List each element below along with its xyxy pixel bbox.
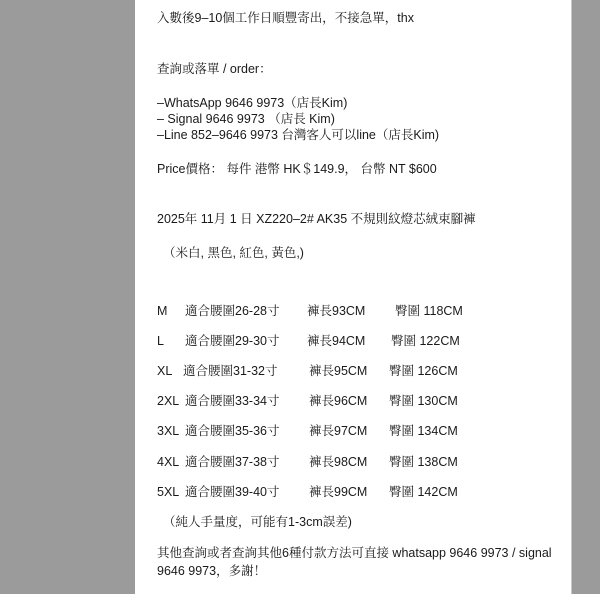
- waist-range: 適合腰圍33-34寸: [185, 393, 279, 409]
- pants-length: 褲長95CM: [309, 363, 367, 379]
- size-label: 3XL: [157, 423, 179, 439]
- contact-whatsapp: –WhatsApp 9646 9973（店長Kim): [157, 95, 347, 111]
- footer-thanks-line: 9646 9973，多謝！: [157, 563, 266, 579]
- hip-measure: 臀圍 134CM: [389, 423, 458, 439]
- size-label: M: [157, 303, 167, 319]
- size-label: L: [157, 333, 164, 349]
- pants-length: 褲長94CM: [307, 333, 365, 349]
- pants-length: 褲長98CM: [309, 454, 367, 470]
- waist-range: 適合腰圍29-30寸: [185, 333, 279, 349]
- contact-line: –Line 852–9646 9973 台灣客人可以line（店長Kim): [157, 127, 439, 143]
- size-row: 3XL 適合腰圍35-36寸 褲長97CM 臀圍 134CM: [157, 423, 557, 439]
- size-label: 2XL: [157, 393, 179, 409]
- hip-measure: 臀圍 138CM: [389, 454, 458, 470]
- size-label: XL: [157, 363, 172, 379]
- size-row: 2XL 適合腰圍33-34寸 褲長96CM 臀圍 130CM: [157, 393, 557, 409]
- hip-measure: 臀圍 130CM: [389, 393, 458, 409]
- hip-measure: 臀圍 122CM: [391, 333, 460, 349]
- pants-length: 褲長96CM: [309, 393, 367, 409]
- size-label: 5XL: [157, 484, 179, 500]
- footer-contact-line: 其他查詢或者查詢其他6種付款方法可直接 whatsapp 9646 9973 /…: [157, 545, 552, 561]
- size-row: M 適合腰圍26-28寸 褲長93CM 臀圍 118CM: [157, 303, 557, 319]
- size-label: 4XL: [157, 454, 179, 470]
- order-heading: 查詢或落單 / order：: [157, 61, 272, 77]
- price-line: Price價格： 每件 港幣 HK＄149.9， 台幣 NT $600: [157, 161, 437, 177]
- waist-range: 適合腰圍31-32寸: [183, 363, 277, 379]
- waist-range: 適合腰圍26-28寸: [185, 303, 279, 319]
- measurement-note: （純人手量度，可能有1-3cm誤差): [163, 514, 352, 530]
- hip-measure: 臀圍 118CM: [395, 303, 463, 319]
- pants-length: 褲長93CM: [307, 303, 365, 319]
- pants-length: 褲長97CM: [309, 423, 367, 439]
- shipping-note: 入數後9–10個工作日順豐寄出，不接急單，thx: [157, 10, 414, 26]
- product-line: 2025年 11月 1 日 XZ220–2# AK35 不規則紋燈芯絨束腳褲: [157, 211, 476, 227]
- contact-signal: – Signal 9646 9973 （店長 Kim): [157, 111, 335, 127]
- hip-measure: 臀圍 126CM: [389, 363, 458, 379]
- size-row: XL 適合腰圍31-32寸 褲長95CM 臀圍 126CM: [157, 363, 557, 379]
- waist-range: 適合腰圍39-40寸: [185, 484, 279, 500]
- size-row: L 適合腰圍29-30寸 褲長94CM 臀圍 122CM: [157, 333, 557, 349]
- size-row: 4XL 適合腰圍37-38寸 褲長98CM 臀圍 138CM: [157, 454, 557, 470]
- hip-measure: 臀圍 142CM: [389, 484, 458, 500]
- document-page: 入數後9–10個工作日順豐寄出，不接急單，thx 查詢或落單 / order： …: [135, 0, 572, 594]
- color-options: （米白, 黑色, 紅色, 黃色,): [163, 245, 304, 261]
- pants-length: 褲長99CM: [309, 484, 367, 500]
- size-row: 5XL 適合腰圍39-40寸 褲長99CM 臀圍 142CM: [157, 484, 557, 500]
- waist-range: 適合腰圍37-38寸: [185, 454, 279, 470]
- waist-range: 適合腰圍35-36寸: [185, 423, 279, 439]
